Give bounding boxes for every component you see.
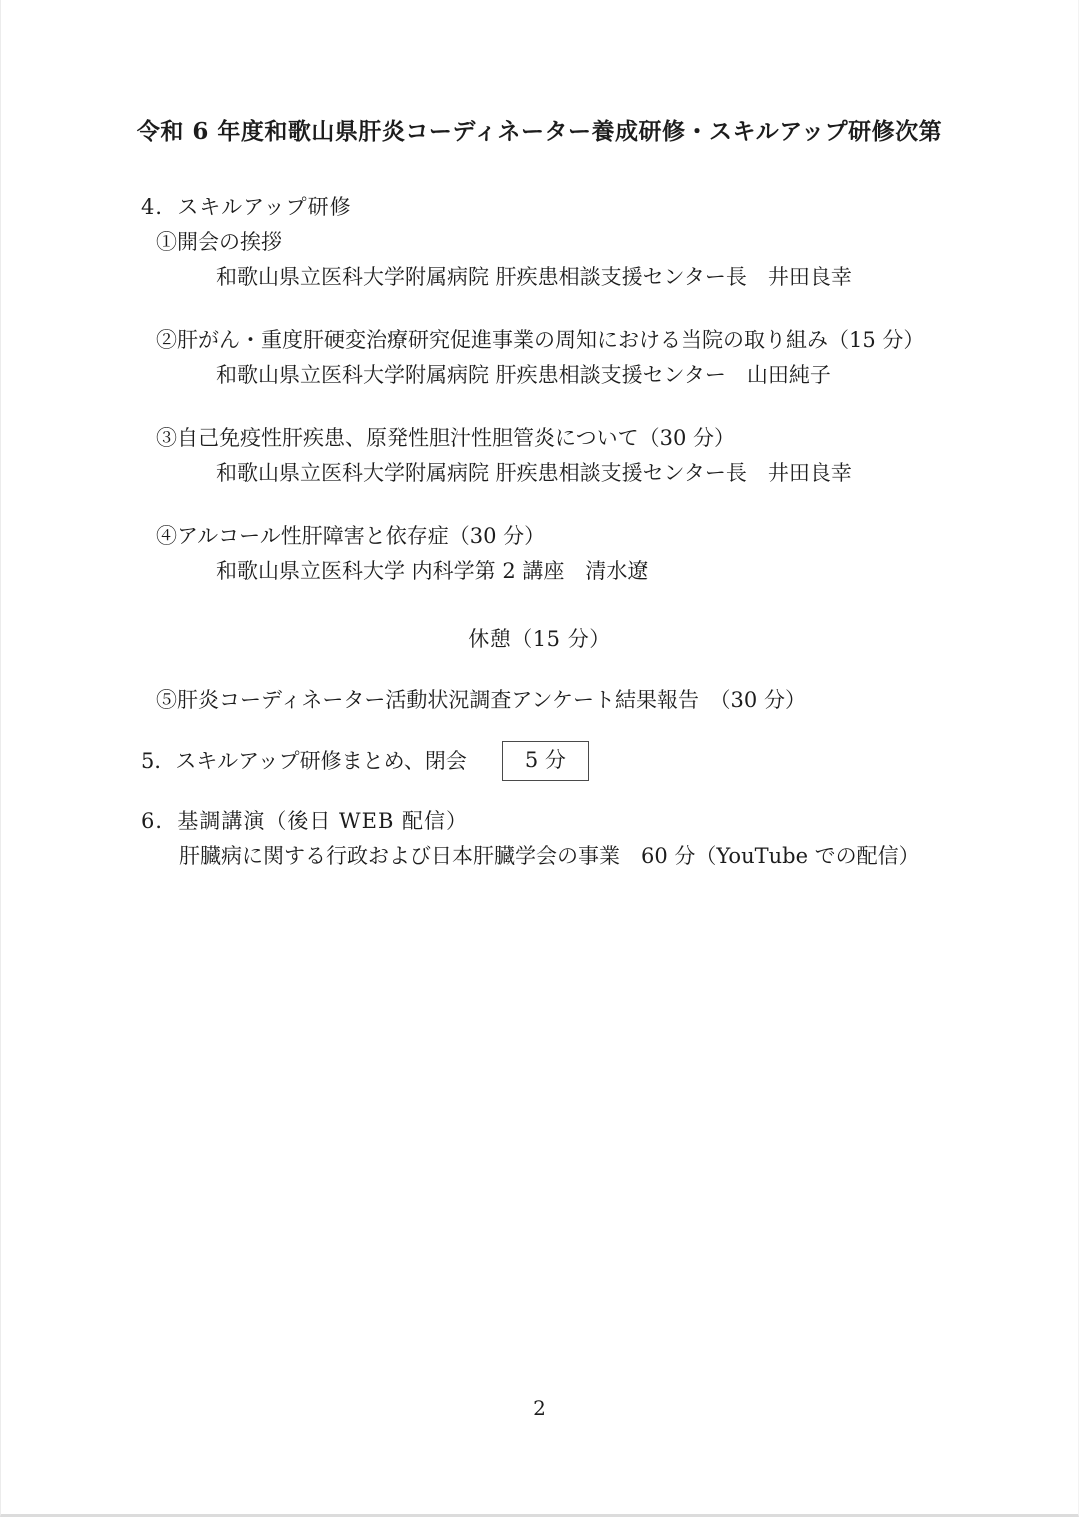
agenda-item-5-title: ⑤肝炎コーディネーター活動状況調査アンケート結果報告 （30 分） xyxy=(1,683,1078,718)
section4-heading: 4．スキルアップ研修 xyxy=(1,190,1078,225)
agenda-item-1-title: ①開会の挨拶 xyxy=(1,225,1078,260)
agenda-item-1: ①開会の挨拶 和歌山県立医科大学附属病院 肝疾患相談支援センター長 井田良幸 xyxy=(1,225,1078,295)
agenda-item-3-presenter: 和歌山県立医科大学附属病院 肝疾患相談支援センター長 井田良幸 xyxy=(1,456,1078,491)
document-title: 令和 6 年度和歌山県肝炎コーディネーター養成研修・スキルアップ研修次第 xyxy=(1,0,1078,150)
section5-duration-box: 5 分 xyxy=(502,741,589,781)
break-label: 休憩（15 分） xyxy=(1,622,1078,657)
section6-heading: 6．基調講演（後日 WEB 配信） xyxy=(1,804,1078,839)
agenda-item-2-title: ②肝がん・重度肝硬変治療研究促進事業の周知における当院の取り組み（15 分） xyxy=(1,323,1078,358)
section6-detail: 肝臓病に関する行政および日本肝臓学会の事業 60 分（YouTube での配信） xyxy=(1,839,1078,874)
section5-heading: 5．スキルアップ研修まとめ、閉会 xyxy=(141,744,467,779)
agenda-item-2: ②肝がん・重度肝硬変治療研究促進事業の周知における当院の取り組み（15 分） 和… xyxy=(1,323,1078,393)
document-page: 令和 6 年度和歌山県肝炎コーディネーター養成研修・スキルアップ研修次第 4．ス… xyxy=(0,0,1079,1517)
agenda-item-4-title: ④アルコール性肝障害と依存症（30 分） xyxy=(1,519,1078,554)
agenda-item-4: ④アルコール性肝障害と依存症（30 分） 和歌山県立医科大学 内科学第 2 講座… xyxy=(1,519,1078,589)
agenda-item-3-title: ③自己免疫性肝疾患、原発性胆汁性胆管炎について（30 分） xyxy=(1,421,1078,456)
page-number: 2 xyxy=(1,1396,1078,1420)
section5-row: 5．スキルアップ研修まとめ、閉会 5 分 xyxy=(1,741,1078,781)
agenda-item-1-presenter: 和歌山県立医科大学附属病院 肝疾患相談支援センター長 井田良幸 xyxy=(1,260,1078,295)
agenda-item-2-presenter: 和歌山県立医科大学附属病院 肝疾患相談支援センター 山田純子 xyxy=(1,358,1078,393)
agenda-item-4-presenter: 和歌山県立医科大学 内科学第 2 講座 清水遼 xyxy=(1,554,1078,589)
agenda-item-3: ③自己免疫性肝疾患、原発性胆汁性胆管炎について（30 分） 和歌山県立医科大学附… xyxy=(1,421,1078,491)
